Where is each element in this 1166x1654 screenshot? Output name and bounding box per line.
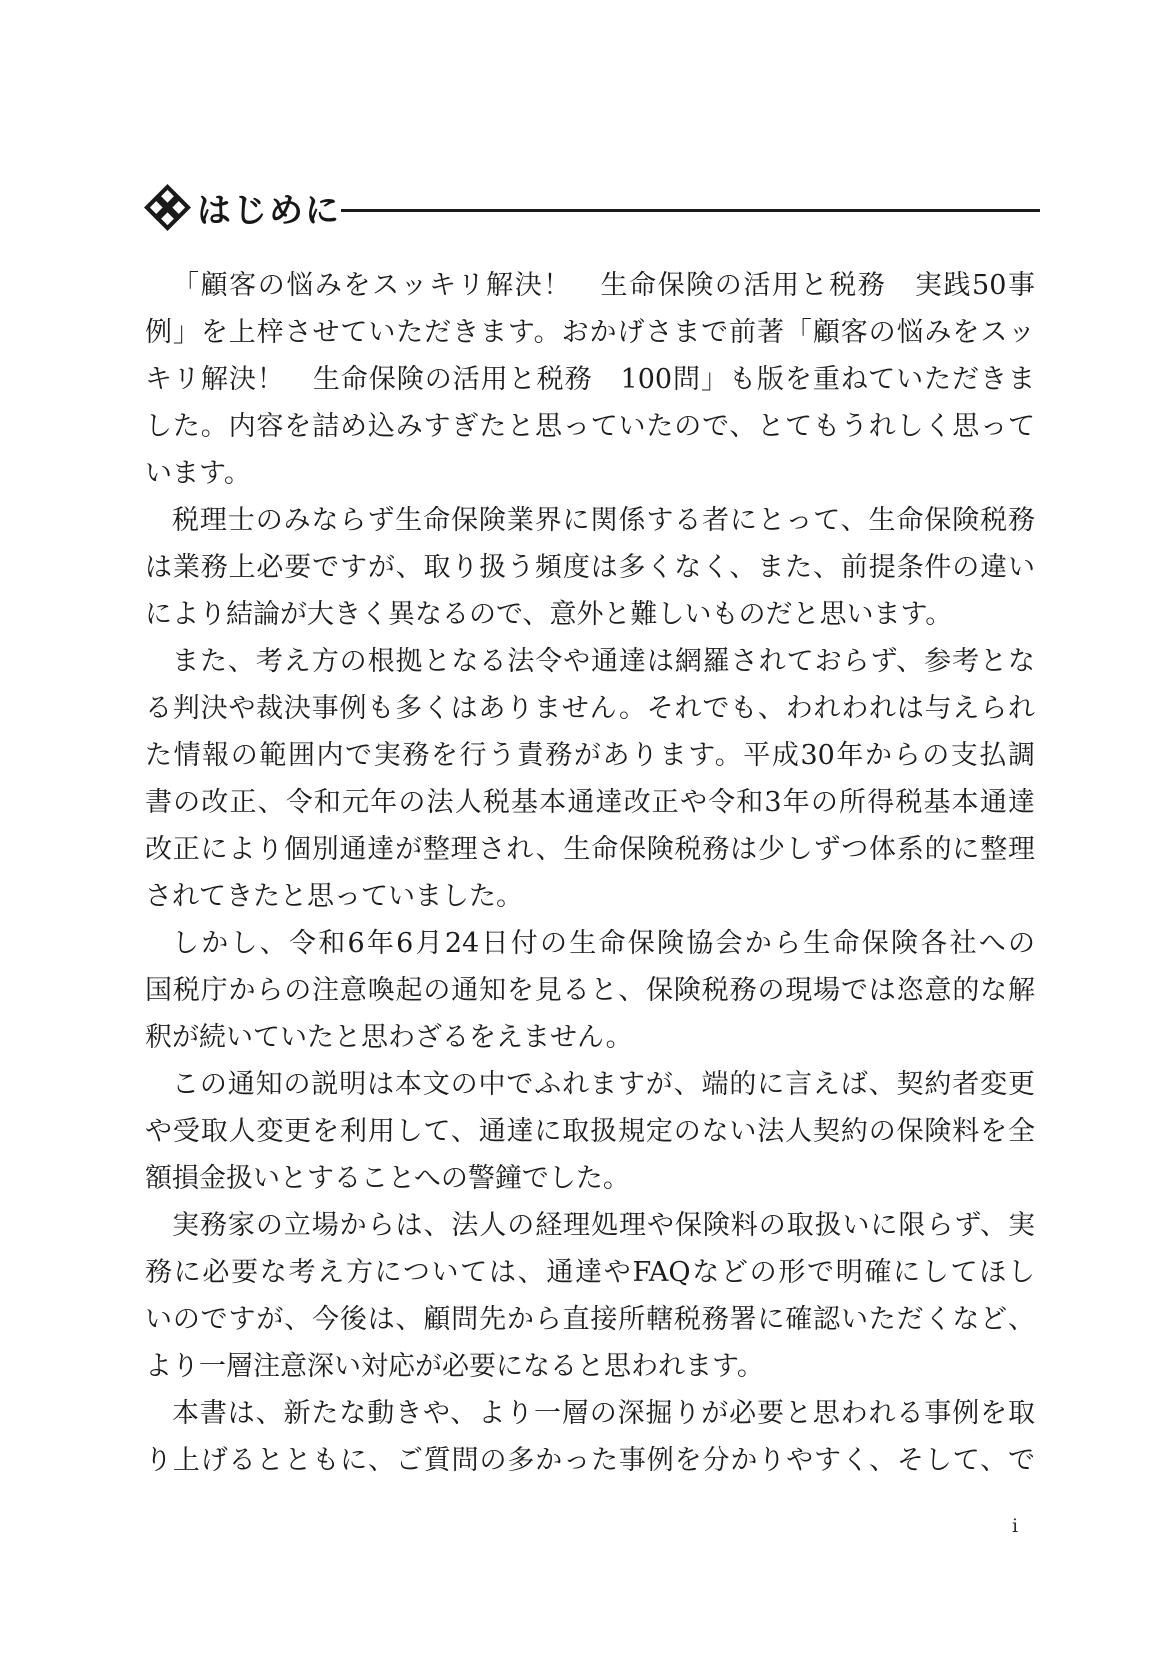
- text-line: 額損金扱いとすることへの警鐘でした。: [145, 1155, 1035, 1202]
- text-line: いのですが、今後は、顧問先から直接所轄税務署に確認いただくなど、: [145, 1296, 1035, 1343]
- text-line: 税理士のみならず生命保険業界に関係する者にとって、生命保険税務: [145, 497, 1035, 544]
- document-page: はじめに 「顧客の悩みをスッキリ解決！ 生命保険の活用と税務 実践50事 例」を…: [0, 0, 1166, 1654]
- text-line: 例」を上梓させていただきます。おかげさまで前著「顧客の悩みをスッ: [145, 309, 1035, 356]
- text-line: 実務家の立場からは、法人の経理処理や保険料の取扱いに限らず、実: [145, 1202, 1035, 1249]
- text-line: より一層注意深い対応が必要になると思われます。: [145, 1343, 1035, 1390]
- section-heading: はじめに: [144, 181, 341, 233]
- text-line: により結論が大きく異なるので、意外と難しいものだと思います。: [145, 591, 1035, 638]
- text-line: した。内容を詰め込みすぎたと思っていたので、とてもうれしく思って: [145, 403, 1035, 450]
- text-line: る判決や裁決事例も多くはありません。それでも、われわれは与えられ: [145, 685, 1035, 732]
- text-line: います。: [145, 450, 1035, 497]
- text-line: 「顧客の悩みをスッキリ解決！ 生命保険の活用と税務 実践50事: [145, 262, 1035, 309]
- text-line: 国税庁からの注意喚起の通知を見ると、保険税務の現場では恣意的な解: [145, 967, 1035, 1014]
- text-line: また、考え方の根拠となる法令や通達は網羅されておらず、参考とな: [145, 638, 1035, 685]
- text-line: 務に必要な考え方については、通達やFAQなどの形で明確にしてほし: [145, 1249, 1035, 1296]
- heading-rule: [341, 209, 1040, 212]
- text-line: た情報の範囲内で実務を行う責務があります。平成30年からの支払調: [145, 732, 1035, 779]
- text-line: されてきたと思っていました。: [145, 873, 1035, 920]
- page-title: はじめに: [197, 183, 341, 232]
- text-line: は業務上必要ですが、取り扱う頻度は多くなく、また、前提条件の違い: [145, 544, 1035, 591]
- text-line: この通知の説明は本文の中でふれますが、端的に言えば、契約者変更: [145, 1061, 1035, 1108]
- text-line: り上げるとともに、ご質問の多かった事例を分かりやすく、そして、で: [145, 1437, 1035, 1484]
- body-text: 「顧客の悩みをスッキリ解決！ 生命保険の活用と税務 実践50事 例」を上梓させて…: [145, 262, 1035, 1484]
- diamond-cluster-icon: [144, 184, 191, 231]
- page-number: i: [1012, 1512, 1018, 1540]
- text-line: や受取人変更を利用して、通達に取扱規定のない法人契約の保険料を全: [145, 1108, 1035, 1155]
- text-line: キリ解決！ 生命保険の活用と税務 100問」も版を重ねていただきま: [145, 356, 1035, 403]
- text-line: 釈が続いていたと思わざるをえません。: [145, 1014, 1035, 1061]
- text-line: 書の改正、令和元年の法人税基本通達改正や令和3年の所得税基本通達: [145, 779, 1035, 826]
- text-line: しかし、令和6年6月24日付の生命保険協会から生命保険各社への: [145, 920, 1035, 967]
- text-line: 本書は、新たな動きや、より一層の深掘りが必要と思われる事例を取: [145, 1390, 1035, 1437]
- text-line: 改正により個別通達が整理され、生命保険税務は少しずつ体系的に整理: [145, 826, 1035, 873]
